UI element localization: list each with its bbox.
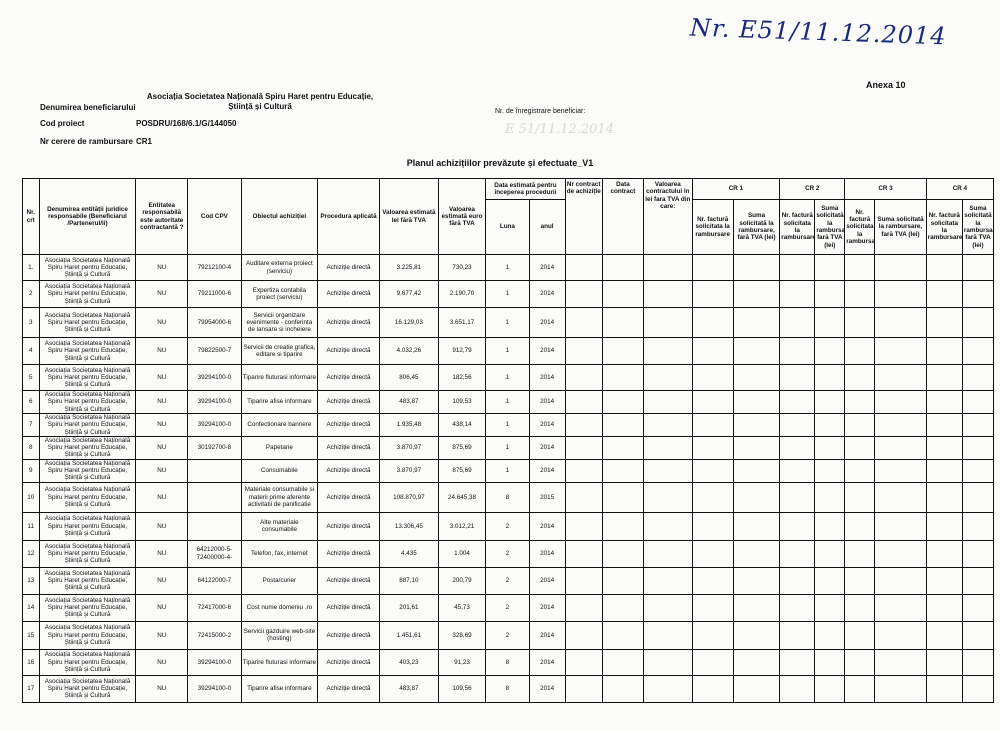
cell-empty <box>733 391 779 414</box>
cell-empty <box>602 540 643 567</box>
cell-authority: NU <box>136 391 188 414</box>
cell-value-euro: 912,79 <box>438 338 485 365</box>
cell-object: Consumabile <box>241 459 317 482</box>
cell-nr: 5 <box>23 365 40 391</box>
cell-empty <box>565 482 602 512</box>
cell-empty <box>815 567 845 594</box>
cell-object: Tiparire fluturasi informare <box>241 649 317 675</box>
cell-object: Confectionare bannere <box>241 414 317 437</box>
cell-value-euro: 3.012,21 <box>438 512 485 540</box>
cell-cpv: 72417000-6 <box>188 594 242 621</box>
cell-object: Tiparire afise informare <box>241 391 317 414</box>
beneficiary-label: Denumirea beneficiarului <box>40 103 136 112</box>
cell-empty <box>692 512 733 540</box>
cell-empty <box>875 255 927 281</box>
cell-nr: 2 <box>23 281 40 308</box>
cell-value-euro: 91,23 <box>438 649 485 675</box>
cell-empty <box>962 567 993 594</box>
col-cr2-invoice: Nr. factură solicitata la rambursare <box>780 200 815 255</box>
table-row: 6Asociația Societatea Națională Spiru Ha… <box>23 391 994 414</box>
cell-empty <box>875 436 927 459</box>
cell-empty <box>926 675 962 702</box>
cell-value-lei: 4.032,26 <box>379 338 438 365</box>
cell-value-lei: 887,10 <box>379 567 438 594</box>
cell-empty <box>845 281 875 308</box>
table-row: 11Asociația Societatea Națională Spiru H… <box>23 512 994 540</box>
cell-nr: 6 <box>23 391 40 414</box>
cell-empty <box>815 308 845 338</box>
cell-entity: Asociația Societatea Națională Spiru Har… <box>39 459 136 482</box>
cell-nr: 4 <box>23 338 40 365</box>
table-row: 5Asociația Societatea Națională Spiru Ha… <box>23 365 994 391</box>
cell-empty <box>875 594 927 621</box>
cell-empty <box>733 649 779 675</box>
cell-empty <box>962 308 993 338</box>
cell-cpv: 79954000-6 <box>188 308 242 338</box>
cell-nr: 14 <box>23 594 40 621</box>
cell-value-lei: 201,61 <box>379 594 438 621</box>
cell-entity: Asociația Societatea Națională Spiru Har… <box>39 540 136 567</box>
cell-empty <box>733 459 779 482</box>
cell-entity: Asociația Societatea Națională Spiru Har… <box>39 594 136 621</box>
cell-empty <box>962 414 993 437</box>
col-cr3-invoice: Nr. factură solicitata la rambursare <box>845 200 875 255</box>
cell-cpv <box>188 482 242 512</box>
cell-value-lei: 1.451,61 <box>379 621 438 649</box>
cell-empty <box>815 482 845 512</box>
cell-empty <box>962 255 993 281</box>
cell-empty <box>565 621 602 649</box>
cell-empty <box>875 391 927 414</box>
cell-empty <box>780 649 815 675</box>
cell-empty <box>644 621 692 649</box>
cell-empty <box>780 308 815 338</box>
cell-empty <box>733 482 779 512</box>
cell-value-lei: 483,87 <box>379 675 438 702</box>
cell-empty <box>845 482 875 512</box>
cell-year: 2014 <box>529 459 565 482</box>
cell-cpv: 39294100-0 <box>188 391 242 414</box>
cell-cpv: 39294100-0 <box>188 675 242 702</box>
cell-cpv: 39294100-0 <box>188 365 242 391</box>
cell-nr: 17 <box>23 675 40 702</box>
cell-empty <box>692 621 733 649</box>
cell-value-euro: 45,73 <box>438 594 485 621</box>
cell-empty <box>644 512 692 540</box>
cell-object: Auditare externa proiect (serviciu) <box>241 255 317 281</box>
cell-empty <box>644 675 692 702</box>
cell-empty <box>602 482 643 512</box>
cell-procedure: Achiziție directă <box>318 391 380 414</box>
annex-label: Anexa 10 <box>866 80 906 90</box>
cell-empty <box>926 338 962 365</box>
cell-empty <box>815 281 845 308</box>
cell-empty <box>644 338 692 365</box>
cell-empty <box>815 459 845 482</box>
cell-procedure: Achiziție directă <box>318 512 380 540</box>
cell-empty <box>644 567 692 594</box>
cell-empty <box>644 281 692 308</box>
cell-empty <box>644 436 692 459</box>
cell-empty <box>875 649 927 675</box>
cell-empty <box>780 621 815 649</box>
cell-empty <box>926 540 962 567</box>
cell-empty <box>692 255 733 281</box>
cell-empty <box>815 675 845 702</box>
cell-value-lei: 3.870,97 <box>379 459 438 482</box>
cell-value-lei: 13.306,45 <box>379 512 438 540</box>
cell-empty <box>733 414 779 437</box>
cell-authority: NU <box>136 649 188 675</box>
cell-entity: Asociația Societatea Națională Spiru Har… <box>39 365 136 391</box>
cell-procedure: Achiziție directă <box>318 621 380 649</box>
cell-cpv: 39294100-0 <box>188 414 242 437</box>
cell-empty <box>565 281 602 308</box>
cell-empty <box>602 567 643 594</box>
cell-empty <box>875 675 927 702</box>
cell-procedure: Achiziție directă <box>318 594 380 621</box>
cell-entity: Asociația Societatea Națională Spiru Har… <box>39 308 136 338</box>
cell-empty <box>692 414 733 437</box>
col-cr1: CR 1 <box>692 179 780 200</box>
cell-empty <box>926 567 962 594</box>
cell-empty <box>926 594 962 621</box>
cell-month: 1 <box>486 281 529 308</box>
cell-empty <box>733 512 779 540</box>
table-row: 4Asociația Societatea Națională Spiru Ha… <box>23 338 994 365</box>
cell-procedure: Achiziție directă <box>318 540 380 567</box>
cell-empty <box>780 391 815 414</box>
cell-empty <box>565 391 602 414</box>
cell-authority: NU <box>136 621 188 649</box>
cell-empty <box>602 391 643 414</box>
cell-value-euro: 2.190,70 <box>438 281 485 308</box>
cell-cpv: 64122000-7 <box>188 567 242 594</box>
cell-authority: NU <box>136 567 188 594</box>
col-object: Obiectul achiziției <box>241 179 317 255</box>
cell-empty <box>692 365 733 391</box>
cell-empty <box>875 540 927 567</box>
cell-empty <box>962 338 993 365</box>
cell-empty <box>565 675 602 702</box>
cell-empty <box>780 675 815 702</box>
table-row: 12Asociația Societatea Națională Spiru H… <box>23 540 994 567</box>
table-row: 3Asociația Societatea Națională Spiru Ha… <box>23 308 994 338</box>
cell-empty <box>644 649 692 675</box>
cell-empty <box>962 482 993 512</box>
cell-entity: Asociația Societatea Națională Spiru Har… <box>39 436 136 459</box>
cell-procedure: Achiziție directă <box>318 255 380 281</box>
cell-empty <box>875 512 927 540</box>
cell-value-lei: 9.677,42 <box>379 281 438 308</box>
cell-procedure: Achiziție directă <box>318 414 380 437</box>
cell-authority: NU <box>136 365 188 391</box>
cell-empty <box>815 255 845 281</box>
col-authority: Entitatea responsabilă este autoritate c… <box>136 179 188 255</box>
cell-empty <box>926 281 962 308</box>
col-cr2-amount: Suma solicitată la rambursare, fară TVA … <box>815 200 845 255</box>
registration-label: Nr. de înregistrare beneficiar: <box>495 108 585 115</box>
cell-empty <box>845 365 875 391</box>
cell-value-euro: 3.651,17 <box>438 308 485 338</box>
cell-empty <box>815 391 845 414</box>
cell-authority: NU <box>136 512 188 540</box>
cell-empty <box>602 255 643 281</box>
col-contract-value: Valoarea contractului în lei fara TVA di… <box>644 179 692 255</box>
table-row: 13Asociația Societatea Națională Spiru H… <box>23 567 994 594</box>
cell-empty <box>692 391 733 414</box>
cell-value-euro: 328,69 <box>438 621 485 649</box>
cell-month: 1 <box>486 391 529 414</box>
cell-nr: 13 <box>23 567 40 594</box>
cell-empty <box>602 338 643 365</box>
cell-empty <box>565 338 602 365</box>
cell-empty <box>733 255 779 281</box>
cell-empty <box>926 414 962 437</box>
cell-value-lei: 108.870,97 <box>379 482 438 512</box>
col-procedure: Procedura aplicată <box>318 179 380 255</box>
cell-empty <box>780 255 815 281</box>
cell-procedure: Achiziție directă <box>318 649 380 675</box>
col-contract-no: Nr contract de achiziție <box>565 179 602 255</box>
cell-empty <box>644 459 692 482</box>
cell-value-lei: 483,87 <box>379 391 438 414</box>
cell-empty <box>733 281 779 308</box>
cell-empty <box>780 436 815 459</box>
cell-empty <box>962 281 993 308</box>
cell-empty <box>815 365 845 391</box>
cell-empty <box>926 436 962 459</box>
cell-procedure: Achiziție directă <box>318 567 380 594</box>
cell-empty <box>815 338 845 365</box>
cell-empty <box>602 459 643 482</box>
cell-empty <box>644 365 692 391</box>
cell-empty <box>644 391 692 414</box>
cell-object: Posta/curier <box>241 567 317 594</box>
cell-month: 1 <box>486 255 529 281</box>
cell-empty <box>845 436 875 459</box>
cell-empty <box>962 649 993 675</box>
col-cr1-amount: Suma solicitată la rambursare, fară TVA … <box>733 200 779 255</box>
cell-empty <box>644 414 692 437</box>
cell-empty <box>926 459 962 482</box>
cell-cpv: 79822500-7 <box>188 338 242 365</box>
cell-month: 1 <box>486 308 529 338</box>
cell-authority: NU <box>136 338 188 365</box>
cell-object: Papetarie <box>241 436 317 459</box>
cell-empty <box>733 540 779 567</box>
cell-empty <box>962 540 993 567</box>
col-cr2: CR 2 <box>780 179 845 200</box>
cell-empty <box>875 365 927 391</box>
cell-empty <box>733 675 779 702</box>
cell-value-lei: 3.225,81 <box>379 255 438 281</box>
cell-empty <box>845 594 875 621</box>
cell-empty <box>692 675 733 702</box>
cell-empty <box>845 649 875 675</box>
cell-empty <box>780 338 815 365</box>
cell-empty <box>962 436 993 459</box>
cell-month: 8 <box>486 482 529 512</box>
cell-empty <box>815 512 845 540</box>
cell-value-euro: 182,56 <box>438 365 485 391</box>
cell-empty <box>733 338 779 365</box>
beneficiary-name-value: Asociația Societatea Națională Spiru Har… <box>140 92 380 112</box>
col-cr4-invoice: Nr. factură solicitata la rambursare <box>926 200 962 255</box>
cell-empty <box>733 621 779 649</box>
cell-cpv: 79211000-6 <box>188 281 242 308</box>
col-start-date-group: Data estimată pentru începerea proceduri… <box>486 179 565 200</box>
cell-authority: NU <box>136 414 188 437</box>
cell-empty <box>602 365 643 391</box>
cell-empty <box>602 281 643 308</box>
cell-empty <box>644 308 692 338</box>
cell-entity: Asociația Societatea Națională Spiru Har… <box>39 281 136 308</box>
cell-authority: NU <box>136 482 188 512</box>
cell-entity: Asociația Societatea Națională Spiru Har… <box>39 649 136 675</box>
cell-month: 8 <box>486 675 529 702</box>
cell-month: 2 <box>486 594 529 621</box>
cell-cpv: 79212100-4 <box>188 255 242 281</box>
cell-empty <box>926 391 962 414</box>
cell-object: Servicii de creatie grafica, editare si … <box>241 338 317 365</box>
cell-empty <box>602 436 643 459</box>
cell-authority: NU <box>136 281 188 308</box>
cell-month: 1 <box>486 338 529 365</box>
cell-empty <box>602 308 643 338</box>
table-row: 17Asociația Societatea Națională Spiru H… <box>23 675 994 702</box>
table-row: 8Asociația Societatea Națională Spiru Ha… <box>23 436 994 459</box>
cell-object: Telefon, fax, internet <box>241 540 317 567</box>
cell-empty <box>692 482 733 512</box>
cell-empty <box>733 567 779 594</box>
cell-empty <box>926 621 962 649</box>
cell-empty <box>644 594 692 621</box>
cell-object: Servicii gazduire web-site (hosting) <box>241 621 317 649</box>
cell-procedure: Achiziție directă <box>318 281 380 308</box>
cell-empty <box>780 482 815 512</box>
cell-empty <box>845 391 875 414</box>
cell-empty <box>692 308 733 338</box>
handwritten-registration-note: Nr. E51/11.12.2014 <box>690 14 947 51</box>
cell-cpv: 64212000-5- 72400000-4- <box>188 540 242 567</box>
cell-empty <box>845 414 875 437</box>
cell-year: 2014 <box>529 414 565 437</box>
cell-empty <box>565 512 602 540</box>
cell-entity: Asociația Societatea Națională Spiru Har… <box>39 675 136 702</box>
cell-year: 2014 <box>529 308 565 338</box>
project-code-label: Cod proiect <box>40 119 84 128</box>
cell-value-euro: 730,23 <box>438 255 485 281</box>
cell-value-euro: 109,53 <box>438 391 485 414</box>
cell-year: 2014 <box>529 512 565 540</box>
cell-empty <box>733 365 779 391</box>
cell-cpv: 72415000-2 <box>188 621 242 649</box>
cell-value-lei: 806,45 <box>379 365 438 391</box>
cell-empty <box>733 308 779 338</box>
cell-value-lei: 3.870,97 <box>379 436 438 459</box>
cell-empty <box>692 436 733 459</box>
cell-empty <box>845 338 875 365</box>
cell-authority: NU <box>136 436 188 459</box>
table-row: 10Asociația Societatea Națională Spiru H… <box>23 482 994 512</box>
cell-year: 2014 <box>529 621 565 649</box>
cell-empty <box>926 482 962 512</box>
cell-procedure: Achiziție directă <box>318 308 380 338</box>
cell-empty <box>962 621 993 649</box>
cell-empty <box>926 512 962 540</box>
cell-empty <box>692 649 733 675</box>
cell-cpv: 39294100-0 <box>188 649 242 675</box>
cell-entity: Asociația Societatea Națională Spiru Har… <box>39 567 136 594</box>
cell-empty <box>926 365 962 391</box>
cell-authority: NU <box>136 459 188 482</box>
cell-empty <box>845 308 875 338</box>
col-cr3-amount: Suma solicitată la rambursare, fară TVA … <box>875 200 927 255</box>
cell-empty <box>780 567 815 594</box>
cell-empty <box>962 512 993 540</box>
cell-object: Tiparire fluturasi informare <box>241 365 317 391</box>
cell-empty <box>780 594 815 621</box>
cell-empty <box>565 365 602 391</box>
cell-month: 1 <box>486 459 529 482</box>
cell-year: 2014 <box>529 567 565 594</box>
page-title: Planul achizițiilor prevăzute și efectua… <box>0 158 1000 168</box>
cell-empty <box>845 459 875 482</box>
cell-year: 2014 <box>529 649 565 675</box>
cell-empty <box>845 540 875 567</box>
cell-empty <box>845 621 875 649</box>
cell-entity: Asociația Societatea Națională Spiru Har… <box>39 621 136 649</box>
cell-empty <box>692 567 733 594</box>
cell-empty <box>875 308 927 338</box>
project-code-value: POSDRU/168/6.1/G/144050 <box>136 119 237 128</box>
procurement-table: Nr. crt Denumirea entității juridice res… <box>22 178 994 703</box>
cell-month: 8 <box>486 649 529 675</box>
cell-entity: Asociația Societatea Națională Spiru Har… <box>39 482 136 512</box>
cell-empty <box>815 621 845 649</box>
cell-nr: 9 <box>23 459 40 482</box>
cell-procedure: Achiziție directă <box>318 675 380 702</box>
cell-value-euro: 200,79 <box>438 567 485 594</box>
cell-empty <box>875 414 927 437</box>
cell-month: 2 <box>486 621 529 649</box>
cell-empty <box>602 594 643 621</box>
cell-empty <box>565 594 602 621</box>
cell-nr: 15 <box>23 621 40 649</box>
cell-empty <box>565 308 602 338</box>
table-row: 16Asociația Societatea Națională Spiru H… <box>23 649 994 675</box>
cell-empty <box>692 540 733 567</box>
cell-procedure: Achiziție directă <box>318 338 380 365</box>
cell-empty <box>565 567 602 594</box>
cell-nr: 10 <box>23 482 40 512</box>
cell-empty <box>875 482 927 512</box>
cell-value-lei: 16.129,03 <box>379 308 438 338</box>
cell-empty <box>780 281 815 308</box>
table-row: 2Asociația Societatea Națională Spiru Ha… <box>23 281 994 308</box>
cell-procedure: Achiziție directă <box>318 436 380 459</box>
cell-empty <box>815 436 845 459</box>
cell-empty <box>926 255 962 281</box>
col-value-euro: Valoarea estimată euro fără TVA <box>438 179 485 255</box>
cell-entity: Asociația Societatea Națională Spiru Har… <box>39 414 136 437</box>
cell-empty <box>565 649 602 675</box>
cell-procedure: Achiziție directă <box>318 482 380 512</box>
cell-nr: 1. <box>23 255 40 281</box>
cell-value-lei: 403,23 <box>379 649 438 675</box>
col-cr3: CR 3 <box>845 179 927 200</box>
